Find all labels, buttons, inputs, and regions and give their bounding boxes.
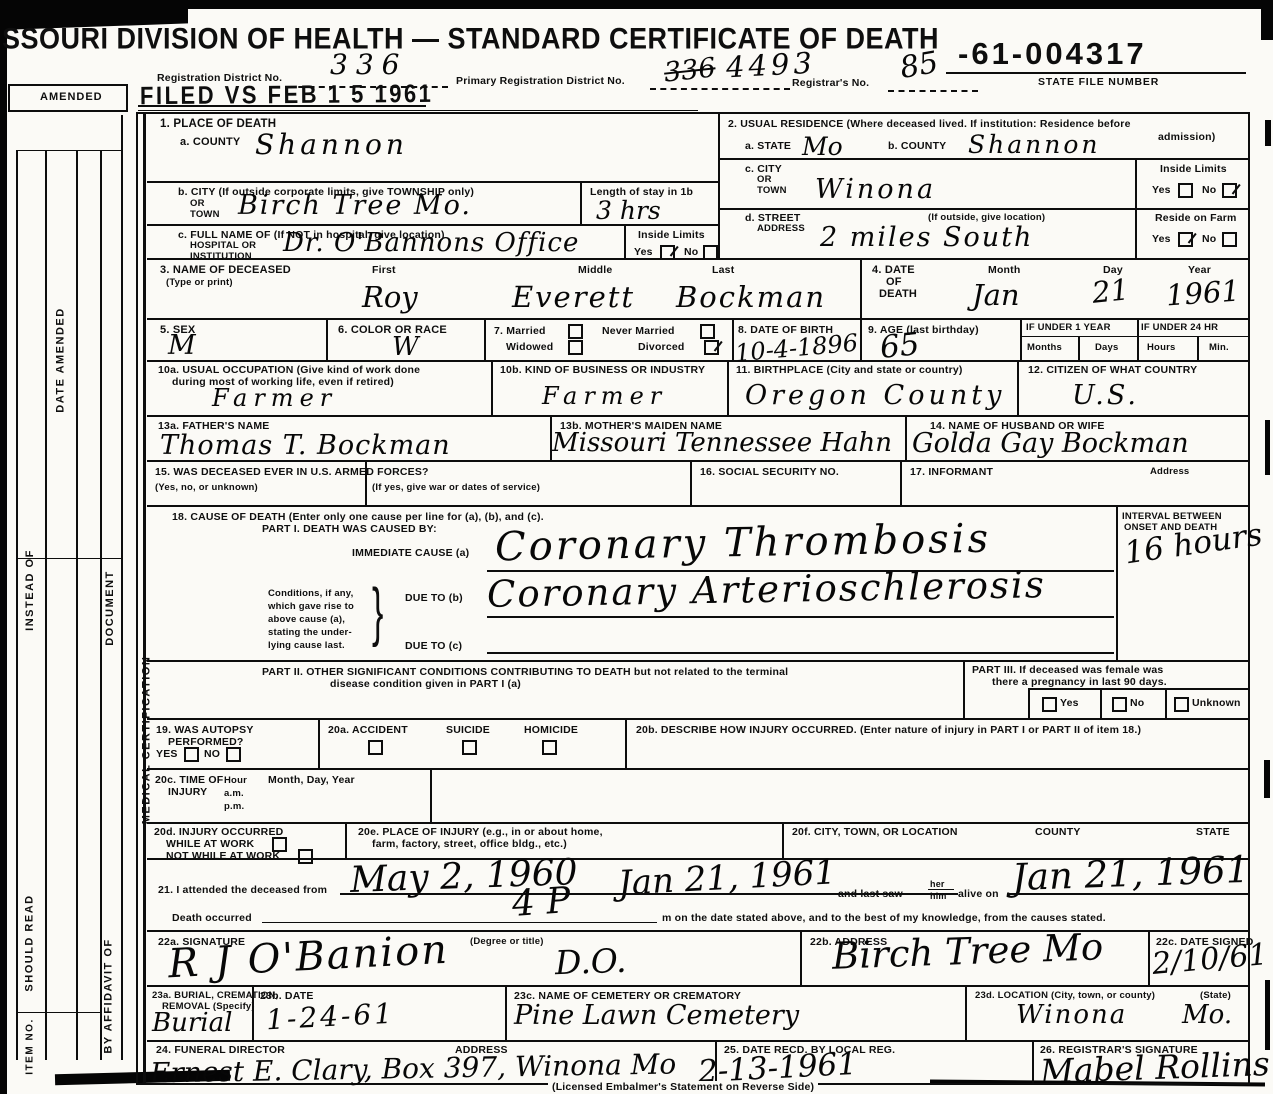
inside-limits-1-yes-label: Yes <box>634 246 653 258</box>
date-of-death-title-3: DEATH <box>879 288 917 300</box>
grid-line <box>900 460 902 505</box>
grid-line <box>147 718 1248 720</box>
grid-line <box>147 505 1248 507</box>
registrars-no-line <box>888 90 978 92</box>
margin-col-line-3 <box>76 150 78 1060</box>
business-label: 10b. KIND OF BUSINESS OR INDUSTRY <box>500 364 705 376</box>
city-town-location-label: 20f. CITY, TOWN, OR LOCATION <box>792 826 958 838</box>
occupation-value: Farmer <box>212 384 337 412</box>
grid-line <box>147 1040 1248 1042</box>
usual-residence-title: 2. USUAL RESIDENCE (Where deceased lived… <box>728 118 1131 130</box>
name-of-deceased-subtitle: (Type or print) <box>166 277 233 288</box>
place-of-injury-label-2: farm, factory, street, office bldg., etc… <box>372 838 567 850</box>
death-month-label: Month <box>988 264 1021 276</box>
scan-mark-right-2 <box>1265 420 1270 475</box>
pm-label: p.m. <box>224 801 244 812</box>
months-label: Months <box>1027 342 1062 353</box>
inside-limits-2-yes-checkbox <box>1178 183 1193 198</box>
hospital-label-2: HOSPITAL OR <box>190 240 256 251</box>
primary-district-label: Primary Registration District No. <box>456 75 625 87</box>
state-file-number: -61-004317 <box>958 36 1147 72</box>
city-value: Birch Tree Mo. <box>238 190 472 221</box>
immediate-cause-label: IMMEDIATE CAUSE (a) <box>352 547 469 559</box>
grid-line <box>624 224 626 258</box>
grid-line <box>147 660 1248 662</box>
grid-line <box>147 768 1248 770</box>
alive-line <box>1008 893 1248 895</box>
due-to-c-label: DUE TO (c) <box>405 640 462 652</box>
street-address-label-2: ADDRESS <box>757 223 805 234</box>
part1-label: PART I. DEATH WAS CAUSED BY: <box>262 523 437 535</box>
grid-line <box>782 822 784 858</box>
widowed-checkbox <box>568 340 583 355</box>
inside-limits-2-label: Inside Limits <box>1160 163 1227 175</box>
pregnancy-unknown-checkbox <box>1174 697 1189 712</box>
document-label: DOCUMENT <box>104 570 116 646</box>
conditions-brace: } <box>372 576 383 650</box>
farm-yes-label: Yes <box>1152 233 1171 245</box>
divorced-label: Divorced <box>638 341 685 353</box>
grid-line <box>318 718 320 768</box>
instead-of-label: INSTEAD OF <box>24 549 36 631</box>
part2-line-1: PART II. OTHER SIGNIFICANT CONDITIONS CO… <box>262 666 788 678</box>
business-value: Farmer <box>542 382 667 410</box>
grid-line <box>147 985 1248 987</box>
hospital-label-3: INSTITUTION <box>190 251 252 262</box>
residence-town-label: TOWN <box>757 185 787 196</box>
inside-limits-2-yes-label: Yes <box>1152 184 1171 196</box>
instead-of-label-wrap: INSTEAD OF <box>16 470 44 710</box>
grid-line <box>718 112 720 258</box>
part3-line-1: PART III. If deceased was female was <box>972 664 1163 676</box>
inside-limits-2-no-label: No <box>1202 184 1216 196</box>
grid-line <box>1197 336 1199 360</box>
grid-line <box>800 930 802 985</box>
him-label: him <box>930 891 947 901</box>
armed-forces-hint-2: (If yes, give war or dates of service) <box>372 482 540 493</box>
grid-line <box>718 208 1248 210</box>
burial-location-value: Winona <box>1016 1000 1127 1030</box>
due-to-b-label: DUE TO (b) <box>405 592 463 604</box>
county-label: a. COUNTY <box>180 136 240 148</box>
scan-mark-right-4 <box>1265 980 1270 1050</box>
pregnancy-yes-checkbox <box>1042 697 1057 712</box>
hospital-value: Dr. O'Bannons Office <box>283 228 579 258</box>
grid-line <box>1148 930 1150 985</box>
pregnancy-unknown-label: Unknown <box>1192 697 1241 709</box>
death-occurred-line <box>262 922 657 923</box>
grid-line <box>147 318 1248 320</box>
scan-edge-top <box>0 0 1273 9</box>
grid-line <box>505 985 507 1040</box>
registrars-no-label: Registrar's No. <box>792 77 869 89</box>
hour-label: Hour <box>224 775 247 786</box>
not-while-at-work-label: NOT WHILE AT WORK <box>166 850 280 862</box>
min-label: Min. <box>1209 342 1229 353</box>
time-of-injury-label-1: 20c. TIME OF <box>155 774 223 786</box>
knowledge-statement: m on the date stated above, and to the b… <box>662 912 1106 924</box>
am-label: a.m. <box>224 788 244 799</box>
cause-a-value: Coronary Thrombosis <box>495 516 992 571</box>
informant-address-label: Address <box>1150 466 1189 477</box>
primary-district-line <box>650 88 790 90</box>
grid-line <box>727 360 729 415</box>
date-of-death-title-2: OF <box>886 276 902 288</box>
last-alive-value: Jan 21, 1961 <box>1011 848 1250 899</box>
stamp-underline-2 <box>138 110 698 111</box>
registrar-signature-value: Mabel Rollins <box>1039 1044 1270 1091</box>
farm-no-checkbox <box>1222 232 1237 247</box>
grid-line <box>147 360 1248 362</box>
embalmer-note: (Licensed Embalmer's Statement on Revers… <box>548 1081 818 1093</box>
birthplace-label: 11. BIRTHPLACE (City and state or countr… <box>736 364 963 376</box>
cemetery-value: Pine Lawn Cemetery <box>514 1000 799 1031</box>
name-of-deceased-title: 3. NAME OF DECEASED <box>160 264 291 276</box>
length-of-stay-value: 3 hrs <box>596 196 661 225</box>
cause-of-death-title: 18. CAUSE OF DEATH (Enter only one cause… <box>172 511 544 523</box>
reside-on-farm-label: Reside on Farm <box>1155 212 1237 224</box>
husband-or-wife-value: Golda Gay Bockman <box>912 428 1189 459</box>
burial-state-value: Mo. <box>1182 1000 1232 1030</box>
days-label: Days <box>1095 342 1119 353</box>
conditions-note-2: which gave rise to <box>268 601 354 612</box>
injury-state-label: STATE <box>1196 826 1230 838</box>
sex-value: M <box>168 330 196 361</box>
grid-line <box>1100 688 1102 718</box>
death-day-value: 21 <box>1090 272 1130 310</box>
not-while-at-work-checkbox <box>298 849 313 864</box>
farm-no-label: No <box>1202 233 1216 245</box>
residence-state-value: Mo <box>802 132 843 161</box>
document-label-wrap: DOCUMENT <box>97 495 123 720</box>
homicide-label: HOMICIDE <box>524 724 578 736</box>
degree-value: D.O. <box>554 941 627 982</box>
accident-checkbox <box>368 740 383 755</box>
inside-limits-1-yes-checkbox <box>660 245 675 260</box>
first-name-value: Roy <box>362 280 418 314</box>
primary-district-crossed-value: 336 <box>663 52 718 88</box>
death-month-value: Jan <box>972 278 1020 312</box>
date-of-death-title: 4. DATE <box>872 264 915 276</box>
part2-line-2: disease condition given in PART I (a) <box>330 678 521 690</box>
middle-name-label: Middle <box>578 264 612 276</box>
conditions-note-3: above cause (a), <box>268 614 345 625</box>
grid-line <box>1116 505 1118 660</box>
burial-date-value: 1-24-61 <box>265 997 396 1037</box>
autopsy-no-checkbox <box>226 747 241 762</box>
county-value: Shannon <box>255 128 408 161</box>
social-security-label: 16. SOCIAL SECURITY NO. <box>700 466 839 478</box>
homicide-checkbox <box>542 740 557 755</box>
death-time-value: 4 P <box>511 880 572 925</box>
while-at-work-label: WHILE AT WORK <box>166 838 254 850</box>
divorced-checkbox <box>704 340 719 355</box>
death-year-label: Year <box>1188 264 1211 276</box>
grid-line <box>1137 318 1139 360</box>
registration-district-value: 336 <box>330 48 407 81</box>
cause-b-line <box>487 616 1114 618</box>
inside-limits-1-label: Inside Limits <box>638 229 705 241</box>
burial-value: Burial <box>152 1008 232 1038</box>
autopsy-label-1: 19. WAS AUTOPSY <box>156 724 254 736</box>
scan-mark-right-3 <box>1264 760 1270 798</box>
never-married-label: Never Married <box>602 325 675 337</box>
by-affidavit-label-wrap: BY AFFIDAVIT OF <box>95 893 123 1094</box>
scan-edge-left <box>0 0 7 1094</box>
color-or-race-value: W <box>392 332 419 362</box>
should-read-label: SHOULD READ <box>24 894 36 991</box>
form-left-double-rule <box>143 112 146 1085</box>
by-affidavit-of-label: BY AFFIDAVIT OF <box>103 938 115 1053</box>
her-him-divider <box>928 889 954 890</box>
grid-line <box>1135 158 1137 258</box>
conditions-note-5: lying cause last. <box>268 640 345 651</box>
residence-or-label: OR <box>757 174 772 185</box>
usual-residence-title-2: admission) <box>1158 131 1215 143</box>
married-checkbox <box>568 324 583 339</box>
grid-line <box>1032 1040 1034 1085</box>
grid-line <box>1028 688 1030 718</box>
cause-c-line <box>487 652 1114 654</box>
autopsy-yes-checkbox <box>184 747 199 762</box>
last-name-label: Last <box>712 264 734 276</box>
citizen-value: U.S. <box>1072 380 1139 411</box>
grid-line <box>965 985 967 1040</box>
grid-line <box>147 258 1248 260</box>
date-amended-label-wrap: DATE AMENDED <box>46 165 76 555</box>
grid-line <box>690 460 692 505</box>
inside-limits-2-no-checkbox <box>1222 183 1237 198</box>
grid-line <box>1017 360 1019 415</box>
scan-mark-right-1 <box>1265 120 1271 146</box>
grid-line <box>963 660 965 718</box>
last-saw-label: and last saw <box>838 888 903 900</box>
death-year-value: 1961 <box>1165 273 1241 312</box>
pregnancy-no-checkbox <box>1112 697 1127 712</box>
married-label: 7. Married <box>494 325 546 337</box>
suicide-label: SUICIDE <box>446 724 490 736</box>
citizen-label: 12. CITIZEN OF WHAT COUNTRY <box>1028 364 1197 376</box>
alive-on-label: alive on <box>958 888 999 900</box>
grid-line <box>491 360 493 415</box>
widowed-label: Widowed <box>506 341 553 353</box>
grid-line <box>625 718 627 768</box>
conditions-note-1: Conditions, if any, <box>268 588 353 599</box>
inside-limits-1-no-checkbox <box>703 245 718 260</box>
conditions-note-4: stating the under- <box>268 627 352 638</box>
place-of-injury-label-1: 20e. PLACE OF INJURY (e.g., in or about … <box>358 826 603 838</box>
residence-state-label: a. STATE <box>745 140 791 152</box>
grid-line <box>147 415 1248 417</box>
armed-forces-label: 15. WAS DECEASED EVER IN U.S. ARMED FORC… <box>155 466 429 478</box>
grid-line <box>1028 688 1248 690</box>
grid-line <box>326 318 328 360</box>
injury-occurred-label: 20d. INJURY OCCURRED <box>154 826 283 838</box>
registrars-no-value: 85 <box>897 45 941 86</box>
residence-county-value: Shannon <box>968 130 1101 159</box>
last-name-value: Bockman <box>676 280 826 314</box>
accident-label: 20a. ACCIDENT <box>328 724 408 736</box>
if-under-1-year-label: IF UNDER 1 YEAR <box>1026 322 1111 333</box>
pregnancy-no-label: No <box>1130 697 1144 709</box>
item-no-label-wrap: ITEM NO. <box>16 1000 44 1092</box>
state-file-number-label: STATE FILE NUMBER <box>1038 76 1159 88</box>
pregnancy-yes-label: Yes <box>1060 697 1079 709</box>
item-no-label: ITEM NO. <box>25 1018 36 1074</box>
attended-label: 21. I attended the deceased from <box>158 884 327 896</box>
mothers-maiden-name-value: Missouri Tennessee Hahn <box>552 428 892 458</box>
describe-injury-label: 20b. DESCRIBE HOW INJURY OCCURRED. (Ente… <box>636 724 1141 736</box>
grid-line <box>860 258 862 360</box>
interval-label-1: INTERVAL BETWEEN <box>1122 511 1222 522</box>
grid-line <box>345 822 347 858</box>
injury-county-label: COUNTY <box>1035 826 1081 838</box>
if-under-24-hr-label: IF UNDER 24 HR <box>1141 322 1218 333</box>
street-address-value: 2 miles South <box>820 222 1033 253</box>
grid-line <box>1165 688 1167 718</box>
burial-date-label: 23b. DATE <box>260 990 314 1002</box>
residence-county-label: b. COUNTY <box>888 140 946 152</box>
suicide-checkbox <box>462 740 477 755</box>
margin-line-top <box>16 150 122 151</box>
farm-yes-checkbox <box>1178 232 1193 247</box>
grid-line <box>580 181 582 224</box>
birthplace-value: Oregon County <box>745 380 1005 411</box>
scan-corner-right <box>1261 0 1273 40</box>
grid-line <box>147 822 1248 824</box>
grid-line <box>905 415 907 460</box>
grid-line <box>147 181 718 183</box>
grid-line <box>1078 336 1080 360</box>
date-amended-label: DATE AMENDED <box>55 307 67 412</box>
age-value: 65 <box>878 326 921 366</box>
grid-line <box>1020 318 1022 360</box>
grid-line <box>1020 336 1248 337</box>
armed-forces-hint-1: (Yes, no, or unknown) <box>155 482 258 493</box>
her-label: her <box>930 879 945 889</box>
middle-name-value: Everett <box>512 280 635 314</box>
grid-line <box>484 318 486 360</box>
amended-label: AMENDED <box>40 91 103 103</box>
first-name-label: First <box>372 264 396 276</box>
state-file-underline <box>946 72 1246 74</box>
hours-label: Hours <box>1147 342 1175 353</box>
residence-city-value: Winona <box>815 174 936 205</box>
grid-line <box>430 768 432 822</box>
occupation-label: 10a. USUAL OCCUPATION (Give kind of work… <box>158 364 420 376</box>
autopsy-yes-label: YES <box>156 748 178 760</box>
city-town-label: TOWN <box>190 209 220 220</box>
part3-line-2: there a pregnancy in last 90 days. <box>992 676 1167 688</box>
fathers-name-value: Thomas T. Bockman <box>160 430 451 461</box>
informant-label: 17. INFORMANT <box>910 466 993 478</box>
month-day-year-label: Month, Day, Year <box>268 774 355 786</box>
inside-limits-1-no-label: No <box>684 246 698 258</box>
degree-or-title-label: (Degree or title) <box>470 936 544 947</box>
city-or-label: OR <box>190 198 205 209</box>
stamp-underline-1 <box>138 105 426 107</box>
time-of-injury-label-2: INJURY <box>168 786 207 798</box>
death-certificate-scan: SSOURI DIVISION OF HEALTH — STANDARD CER… <box>0 0 1273 1094</box>
death-occurred-label: Death occurred <box>172 912 252 924</box>
autopsy-no-label: NO <box>204 748 220 760</box>
